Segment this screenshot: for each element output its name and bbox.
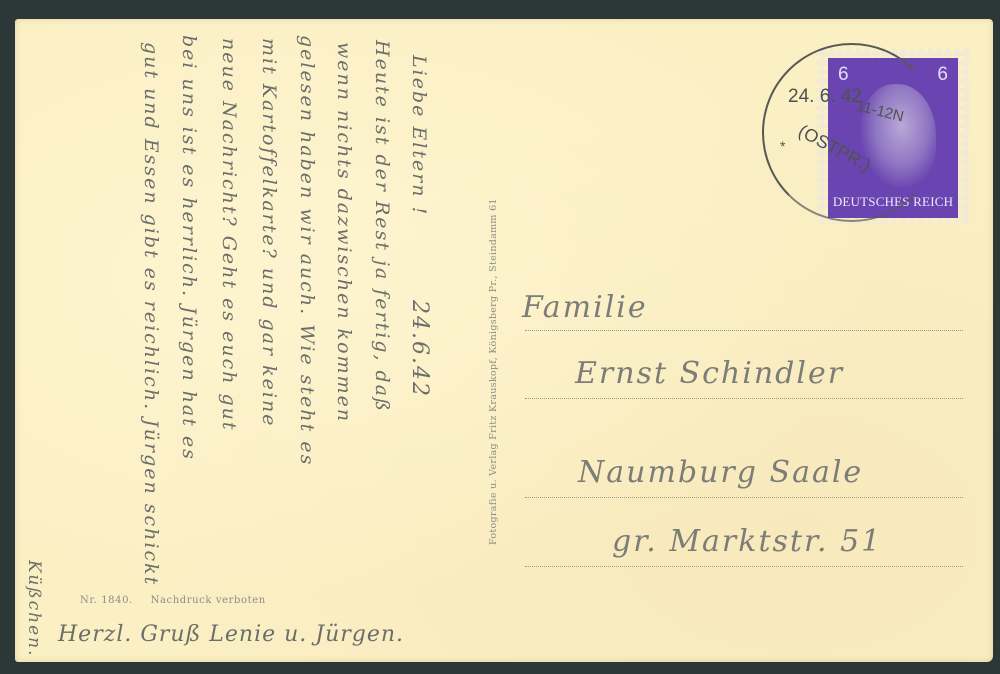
print-info: Nr. 1840. Nachdruck verboten	[80, 595, 280, 606]
message-line: Heute ist der Rest ja fertig, daß	[371, 40, 393, 413]
address-rule	[525, 497, 963, 498]
postmark-star: *	[780, 138, 785, 154]
postmark-circle	[762, 43, 941, 222]
message-line: gelesen haben wir auch. Wie steht es	[296, 35, 318, 466]
postmark-date: 24. 6. 42	[788, 86, 862, 108]
address-rule	[525, 398, 963, 399]
message-line: bei uns ist es herrlich. Jürgen hat es	[178, 35, 200, 461]
message-line: mit Kartoffelkarte? und gar keine	[258, 38, 280, 427]
address-line-2: Ernst Schindler	[575, 356, 844, 391]
message-closing: Herzl. Gruß Lenie u. Jürgen.	[58, 622, 404, 647]
message-line: neue Nachricht? Geht es euch gut	[218, 38, 240, 432]
message-line: wenn nichts dazwischen kommen	[333, 42, 355, 423]
stamp-value-right: 6	[937, 64, 948, 86]
reprint-notice: Nachdruck verboten	[151, 595, 266, 606]
message-date: 24.6.42	[407, 300, 432, 398]
publisher-imprint: Fotografie u. Verlag Fritz Krauskopf, Kö…	[488, 198, 499, 545]
address-rule	[525, 566, 963, 567]
print-number: Nr. 1840.	[80, 595, 133, 606]
address-line-1: Familie	[522, 290, 648, 325]
address-line-4: gr. Marktstr. 51	[612, 524, 882, 559]
message-line: gut und Essen gibt es reichlich. Jürgen …	[140, 42, 162, 586]
address-rule	[525, 330, 963, 331]
address-line-3: Naumburg Saale	[578, 455, 863, 490]
message-line: Liebe Eltern !	[408, 55, 430, 216]
message-line: Küßchen.	[24, 560, 44, 658]
